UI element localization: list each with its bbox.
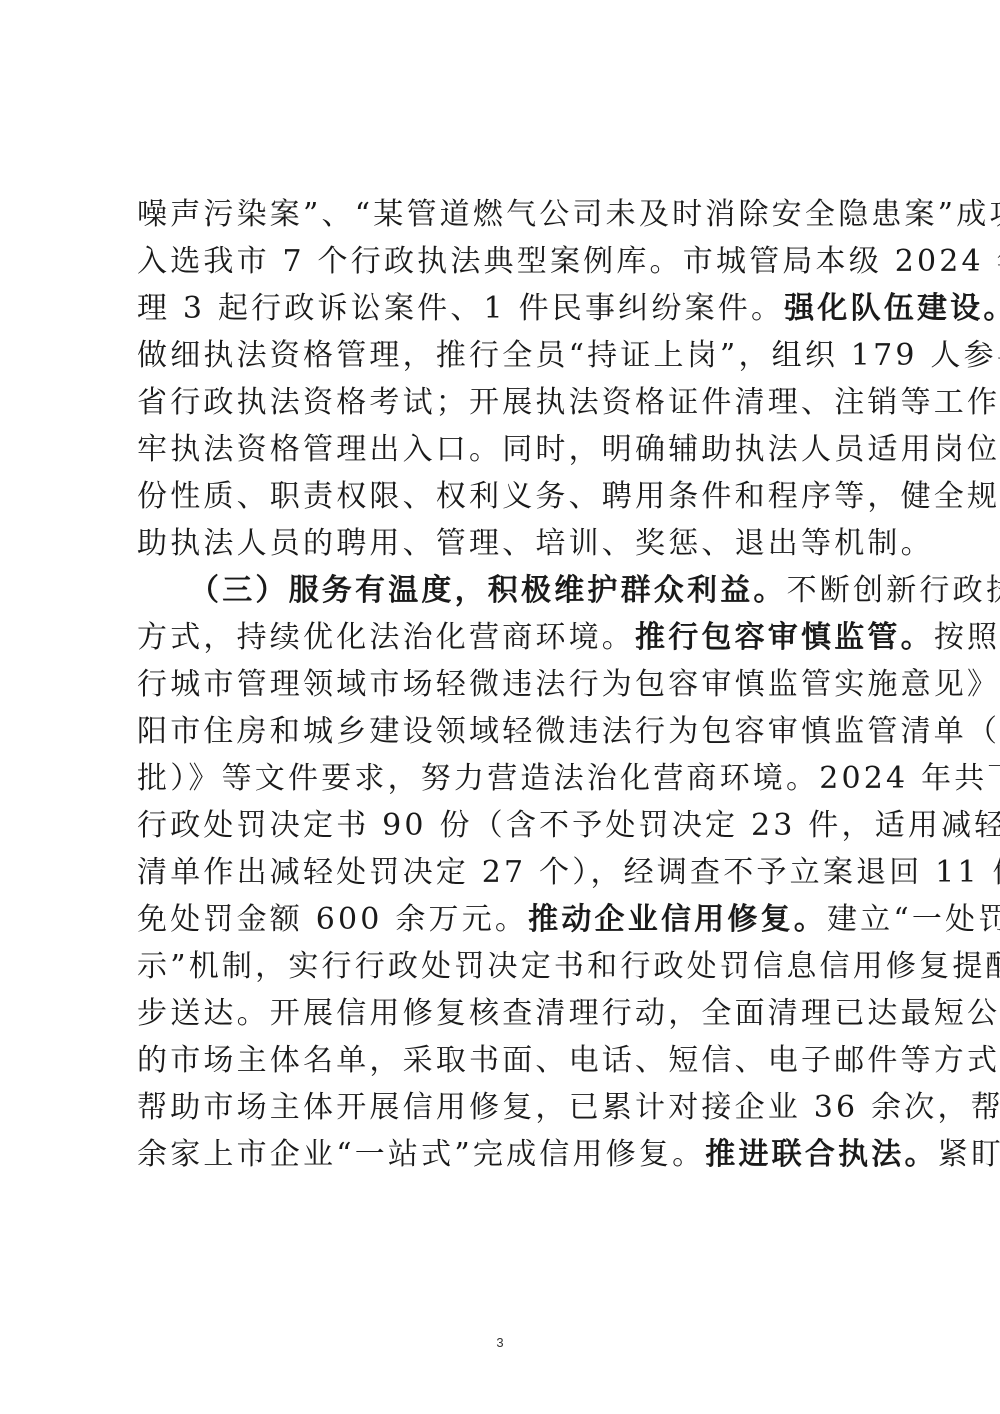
body-text-segment: 帮助市场主体开展信用修复，已累计对接企业 36 余次，帮助 10 bbox=[137, 1090, 1000, 1125]
text-line: 理 3 起行政诉讼案件、1 件民事纠纷案件。强化队伍建设。做实 bbox=[137, 285, 879, 332]
body-text-segment: 示”机制，实行行政处罚决定书和行政处罚信息信用修复提醒同 bbox=[137, 949, 1000, 984]
body-text-segment: 方式，持续优化法治化营商环境。 bbox=[137, 620, 635, 655]
body-text-segment: 行政处罚决定书 90 份（含不予处罚决定 23 件，适用减轻、免罚 bbox=[137, 808, 1000, 843]
text-line: 入选我市 7 个行政执法典型案例库。市城管局本级 2024 年共办 bbox=[137, 238, 879, 285]
text-line: 免处罚金额 600 余万元。推动企业信用修复。建立“一处罚一提 bbox=[137, 896, 879, 943]
body-text-segment: 牢执法资格管理出入口。同时，明确辅助执法人员适用岗位、身 bbox=[137, 432, 1000, 467]
body-text-segment: 清单作出减轻处罚决定 27 个），经调查不予立案退回 11 件，减 bbox=[137, 855, 1000, 890]
document-page: 噪声污染案”、“某管道燃气公司未及时消除安全隐患案”成功入选我市 7 个行政执法… bbox=[0, 0, 1000, 1414]
body-text-segment: 入选我市 7 个行政执法典型案例库。市城管局本级 2024 年共办 bbox=[137, 244, 1000, 279]
body-text-segment: 不断创新行政执法 bbox=[787, 573, 1000, 608]
text-line: 做细执法资格管理，推行全员“持证上岗”，组织 179 人参与全 bbox=[137, 332, 879, 379]
bold-heading-text: 推动企业信用修复。 bbox=[528, 902, 827, 937]
text-line: 帮助市场主体开展信用修复，已累计对接企业 36 余次，帮助 10 bbox=[137, 1084, 879, 1131]
text-line: 的市场主体名单，采取书面、电话、短信、电子邮件等方式引导 bbox=[137, 1037, 879, 1084]
body-text-segment: 阳市住房和城乡建设领域轻微违法行为包容审慎监管清单（第一 bbox=[137, 714, 1000, 749]
body-text-segment: 的市场主体名单，采取书面、电话、短信、电子邮件等方式引导 bbox=[137, 1043, 1000, 1078]
bold-heading-text: 推行包容审慎监管。 bbox=[635, 620, 934, 655]
body-text-segment: 建立“一处罚一提 bbox=[827, 902, 1000, 937]
text-line: 行政处罚决定书 90 份（含不予处罚决定 23 件，适用减轻、免罚 bbox=[137, 802, 879, 849]
bold-heading-text: （三）服务有温度，积极维护群众利益。 bbox=[189, 573, 787, 608]
bold-heading-text: 推进联合执法。 bbox=[705, 1137, 937, 1172]
bold-heading-text: 强化队伍建设。 bbox=[784, 291, 1000, 326]
body-text-segment: 步送达。开展信用修复核查清理行动，全面清理已达最短公示期 bbox=[137, 996, 1000, 1031]
text-line: 份性质、职责权限、权利义务、聘用条件和程序等，健全规范辅 bbox=[137, 473, 879, 520]
page-number: 3 bbox=[490, 1335, 510, 1350]
text-line: 阳市住房和城乡建设领域轻微违法行为包容审慎监管清单（第一 bbox=[137, 708, 879, 755]
body-text-segment: 份性质、职责权限、权利义务、聘用条件和程序等，健全规范辅 bbox=[137, 479, 1000, 514]
text-line: 噪声污染案”、“某管道燃气公司未及时消除安全隐患案”成功 bbox=[137, 191, 879, 238]
body-text-segment: 做细执法资格管理，推行全员“持证上岗”，组织 179 人参与全 bbox=[137, 338, 1000, 373]
text-line: 牢执法资格管理出入口。同时，明确辅助执法人员适用岗位、身 bbox=[137, 426, 879, 473]
body-text-segment: 紧盯群 bbox=[938, 1137, 1000, 1172]
body-text: 噪声污染案”、“某管道燃气公司未及时消除安全隐患案”成功入选我市 7 个行政执法… bbox=[137, 191, 879, 1178]
text-line: 助执法人员的聘用、管理、培训、奖惩、退出等机制。 bbox=[137, 520, 879, 567]
text-line: 步送达。开展信用修复核查清理行动，全面清理已达最短公示期 bbox=[137, 990, 879, 1037]
text-line: 方式，持续优化法治化营商环境。推行包容审慎监管。按照《推 bbox=[137, 614, 879, 661]
body-text-segment: 免处罚金额 600 余万元。 bbox=[137, 902, 528, 937]
body-text-segment: 理 3 起行政诉讼案件、1 件民事纠纷案件。 bbox=[137, 291, 784, 326]
text-line: 余家上市企业“一站式”完成信用修复。推进联合执法。紧盯群 bbox=[137, 1131, 879, 1178]
body-text-segment: 省行政执法资格考试；开展执法资格证件清理、注销等工作，守 bbox=[137, 385, 1000, 420]
text-line: 示”机制，实行行政处罚决定书和行政处罚信息信用修复提醒同 bbox=[137, 943, 879, 990]
body-text-segment: 按照《推 bbox=[934, 620, 1000, 655]
text-line: 批）》等文件要求，努力营造法治化营商环境。2024 年共下达 bbox=[137, 755, 879, 802]
body-text-segment: 余家上市企业“一站式”完成信用修复。 bbox=[137, 1137, 705, 1172]
text-line: 行城市管理领域市场轻微违法行为包容审慎监管实施意见》《岳 bbox=[137, 661, 879, 708]
text-line: 省行政执法资格考试；开展执法资格证件清理、注销等工作，守 bbox=[137, 379, 879, 426]
body-text-segment: 批）》等文件要求，努力营造法治化营商环境。2024 年共下达 bbox=[137, 761, 1000, 796]
body-text-segment: 行城市管理领域市场轻微违法行为包容审慎监管实施意见》《岳 bbox=[137, 667, 1000, 702]
text-line: （三）服务有温度，积极维护群众利益。不断创新行政执法 bbox=[137, 567, 879, 614]
body-text-segment: 助执法人员的聘用、管理、培训、奖惩、退出等机制。 bbox=[137, 526, 934, 561]
text-line: 清单作出减轻处罚决定 27 个），经调查不予立案退回 11 件，减 bbox=[137, 849, 879, 896]
body-text-segment: 噪声污染案”、“某管道燃气公司未及时消除安全隐患案”成功 bbox=[137, 197, 1000, 232]
